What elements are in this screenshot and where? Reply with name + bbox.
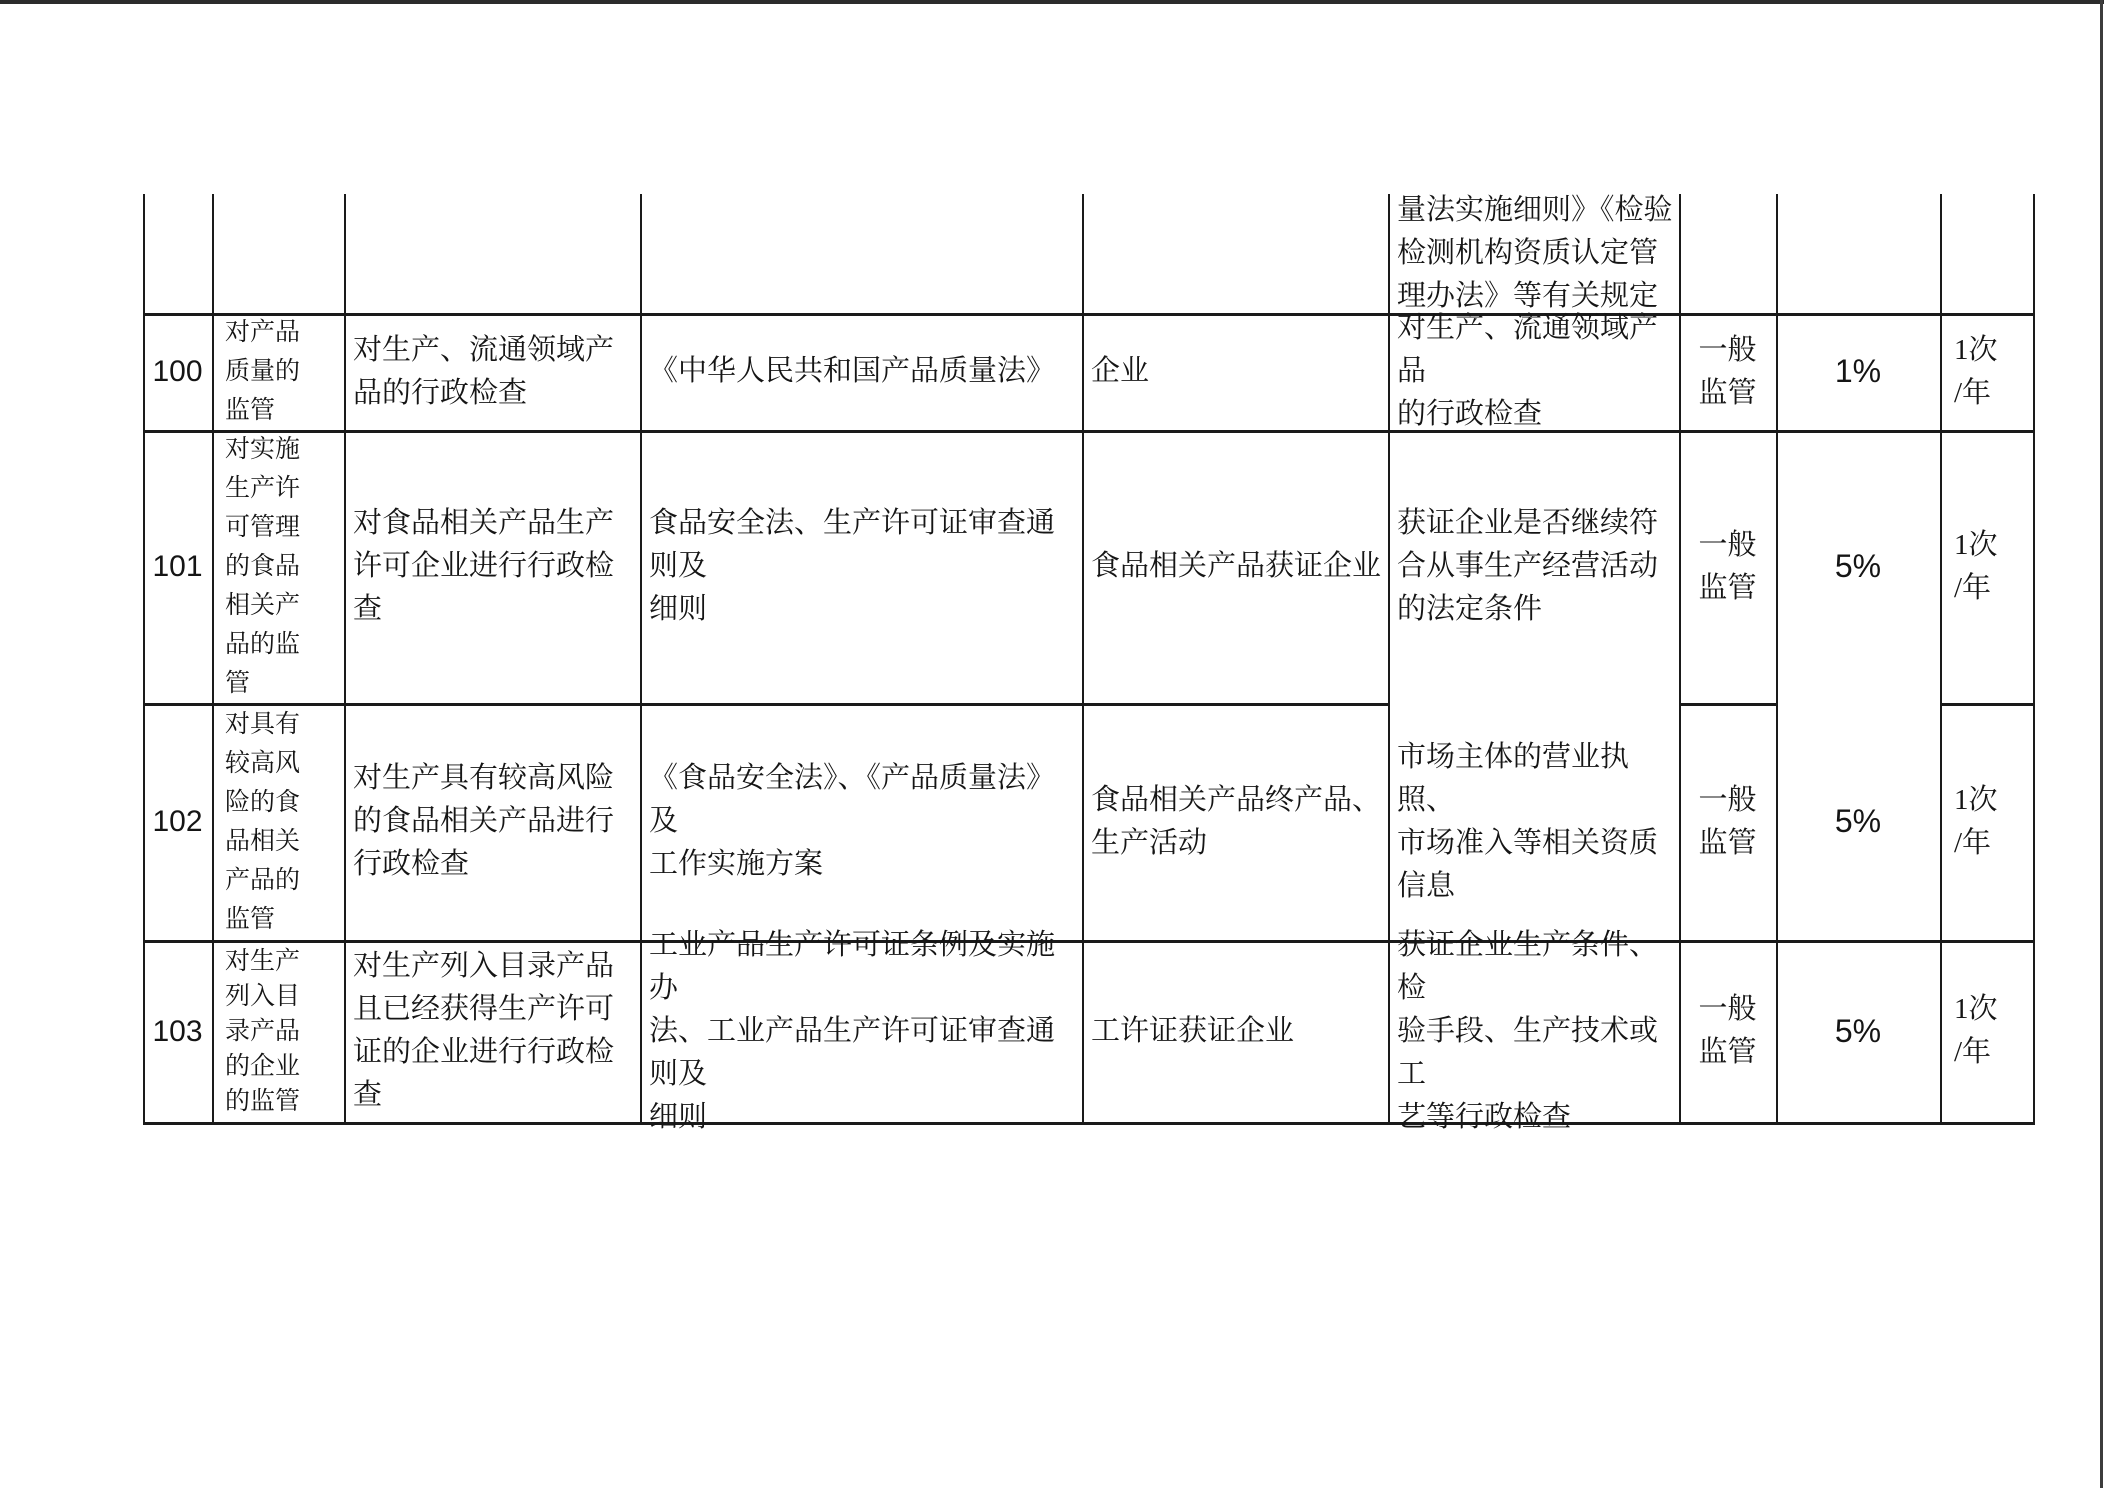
cell-ratio: 5% (1776, 430, 1940, 703)
table-bottom-border (143, 1122, 2035, 1125)
cell-row-number: 102 (143, 703, 212, 940)
cell-target: 食品相关产品终产品、 生产活动 (1082, 703, 1388, 940)
cell-item: 对实施 生产许 可管理 的食品 相关产 品的监 管 (212, 430, 344, 703)
cell-item: 对具有 较高风 险的食 品相关 产品的 监管 (212, 703, 344, 940)
cell-type: 一般 监管 (1679, 313, 1776, 430)
cell-matter: 对生产列入目录产品 且已经获得生产许可 证的企业进行行政检 查 (344, 940, 640, 1122)
cell-content: 获证企业生产条件、检 验手段、生产技术或工 艺等行政检查 (1388, 940, 1679, 1122)
cell-ratio: 5% (1776, 940, 1940, 1122)
cell-frequency: 1次 /年 (1940, 430, 2033, 703)
cell-item: 对生产 列入目 录产品 的企业 的监管 (212, 940, 344, 1122)
cell-frequency: 1次 /年 (1940, 313, 2033, 430)
cell-type: 一般 监管 (1679, 430, 1776, 703)
cell-continuation-content: 量法实施细则》《检验 检测机构资质认定管 理办法》等有关规定 (1388, 194, 1679, 313)
cell-frequency: 1次 /年 (1940, 940, 2033, 1122)
cell-basis: 《中华人民共和国产品质量法》 (640, 313, 1082, 430)
cell-target: 工许证获证企业 (1082, 940, 1388, 1122)
cell-target: 企业 (1082, 313, 1388, 430)
cell-frequency: 1次 /年 (1940, 703, 2033, 940)
cell-row-number: 100 (143, 313, 212, 430)
top-edge-bar (0, 0, 2104, 4)
document-page: 量法实施细则》《检验 检测机构资质认定管 理办法》等有关规定 100 对产品 质… (0, 0, 2104, 1488)
cell-type: 一般 监管 (1679, 703, 1776, 940)
cell-ratio: 5% (1776, 703, 1940, 940)
cell-content: 对生产、流通领域产品 的行政检查 (1388, 313, 1679, 430)
cell-content: 市场主体的营业执照、 市场准入等相关资质 信息 (1388, 703, 1679, 940)
cell-basis: 工业产品生产许可证条例及实施办 法、工业产品生产许可证审查通则及 细则 (640, 940, 1082, 1122)
cell-row-number: 101 (143, 430, 212, 703)
cell-basis: 《食品安全法》、《产品质量法》及 工作实施方案 (640, 703, 1082, 940)
cell-content: 获证企业是否继续符 合从事生产经营活动 的法定条件 (1388, 430, 1679, 703)
right-edge-line (2100, 0, 2103, 1488)
cell-target: 食品相关产品获证企业 (1082, 430, 1388, 703)
cell-ratio: 1% (1776, 313, 1940, 430)
cell-basis: 食品安全法、生产许可证审查通则及 细则 (640, 430, 1082, 703)
table-right-border (2033, 194, 2035, 1124)
cell-matter: 对生产、流通领域产 品的行政检查 (344, 313, 640, 430)
cell-matter: 对生产具有较高风险 的食品相关产品进行 行政检查 (344, 703, 640, 940)
cell-row-number: 103 (143, 940, 212, 1122)
cell-type: 一般 监管 (1679, 940, 1776, 1122)
cell-matter: 对食品相关产品生产 许可企业进行行政检 查 (344, 430, 640, 703)
cell-item: 对产品 质量的 监管 (212, 313, 344, 430)
